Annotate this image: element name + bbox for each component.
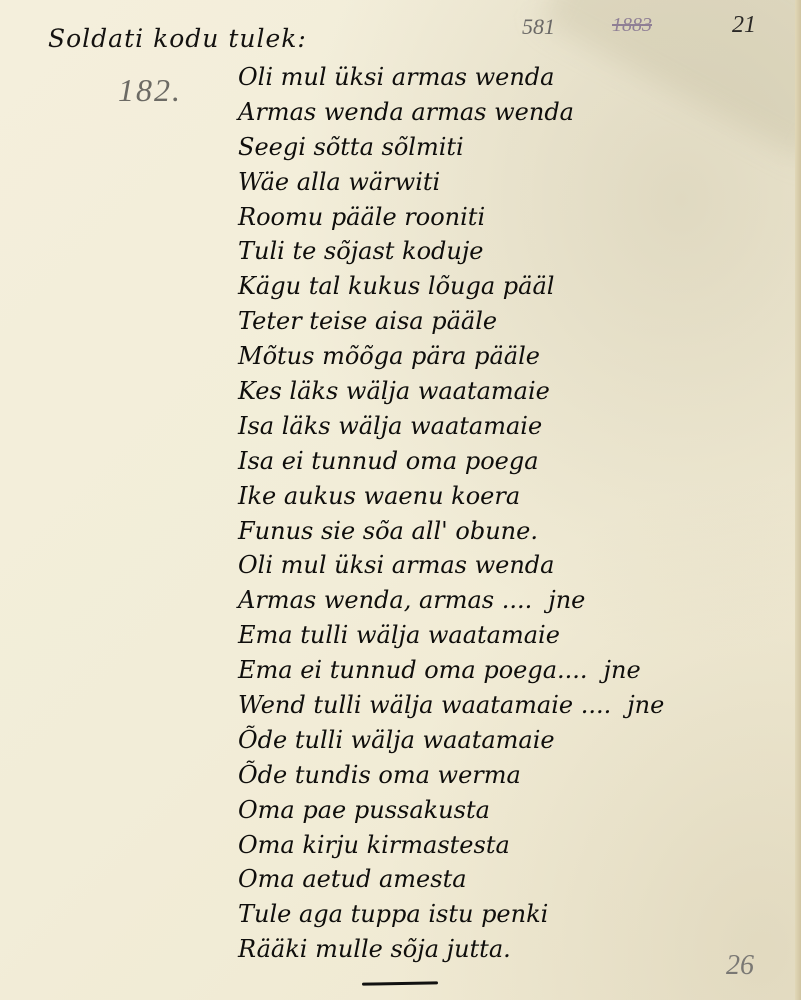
verse-line: Kes läks wälja waatamaie [238, 374, 798, 409]
verse-line: Oma pae pussakusta [238, 793, 798, 828]
verse-line: Ema ei tunnud oma poega....jne [238, 653, 798, 688]
continuation-mark: jne [604, 656, 641, 684]
verse-line: Kägu tal kukus lõuga pääl [238, 269, 798, 304]
continuation-mark: jne [548, 586, 585, 614]
song-number: 182. [118, 72, 182, 109]
page-number-bottom: 26 [726, 950, 754, 982]
verse-line: Seegi sõtta sõlmiti [238, 130, 798, 165]
verse-line: Armas wenda, armas ....jne [238, 583, 798, 618]
verse-line: Ike aukus waenu koera [238, 479, 798, 514]
verse-line: Oli mul üksi armas wenda [238, 548, 798, 583]
song-title: Soldati kodu tulek: [48, 24, 307, 53]
verse-line: Oma aetud amesta [238, 862, 798, 897]
verse-line: Oli mul üksi armas wenda [238, 60, 798, 95]
verse-line: Funus sie sõa all' obune. [238, 514, 798, 549]
verse-line: Oma kirju kirmastesta [238, 828, 798, 863]
verse-line: Õde tulli wälja waatamaie [238, 723, 798, 758]
verse-line: Tuli te sõjast koduje [238, 234, 798, 269]
verse-line: Isa ei tunnud oma poega [238, 444, 798, 479]
verse-lines: Oli mul üksi armas wenda Armas wenda arm… [238, 60, 798, 967]
verse-line: Mõtus mõõga pära pääle [238, 339, 798, 374]
manuscript-page: Soldati kodu tulek: 182. 581 1883 21 Oli… [0, 0, 801, 1000]
verse-line: Armas wenda armas wenda [238, 95, 798, 130]
archive-number-struck: 1883 [612, 14, 652, 37]
verse-line: Ema tulli wälja waatamaie [238, 618, 798, 653]
verse-line: Õde tundis oma werma [238, 758, 798, 793]
verse-line: Teter teise aisa pääle [238, 304, 798, 339]
verse-line: Rääki mulle sõja jutta. [238, 932, 798, 967]
archive-number-pencil: 581 [522, 14, 555, 40]
verse-line: Tule aga tuppa istu penki [238, 897, 798, 932]
verse-line: Isa läks wälja waatamaie [238, 409, 798, 444]
verse-line: Wend tulli wälja waatamaie ....jne [238, 688, 798, 723]
page-number-top: 21 [732, 12, 756, 39]
verse-line: Roomu pääle rooniti [238, 200, 798, 235]
continuation-mark: jne [627, 691, 664, 719]
verse-line: Wäe alla wärwiti [238, 165, 798, 200]
end-rule [362, 981, 438, 985]
